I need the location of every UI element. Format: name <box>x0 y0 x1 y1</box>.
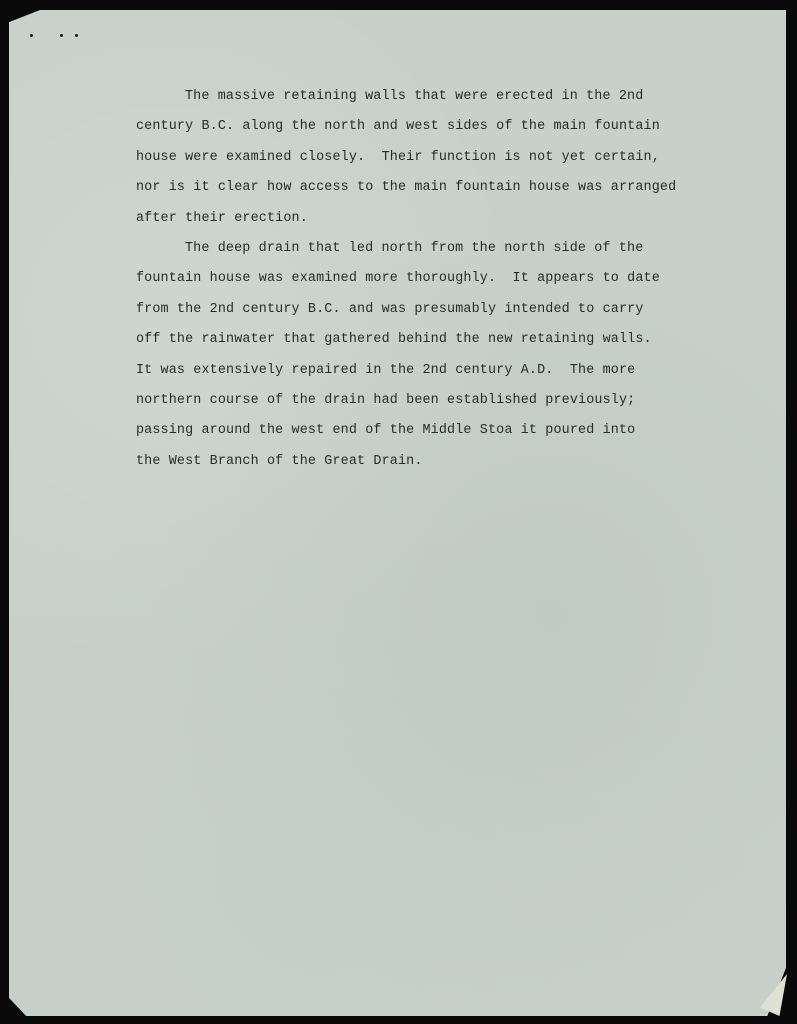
text-line: off the rainwater that gathered behind t… <box>136 325 756 355</box>
punch-mark <box>60 34 63 37</box>
paragraph-deep-drain: The deep drain that led north from the n… <box>136 234 756 477</box>
text-line: house were examined closely. Their funct… <box>136 143 756 173</box>
text-line: the West Branch of the Great Drain. <box>136 447 756 477</box>
text-line: from the 2nd century B.C. and was presum… <box>136 295 756 325</box>
text-line: northern course of the drain had been es… <box>136 386 756 416</box>
text-line: century B.C. along the north and west si… <box>136 112 756 142</box>
text-line: passing around the west end of the Middl… <box>136 416 756 446</box>
text-line: The deep drain that led north from the n… <box>136 234 756 264</box>
text-line: The massive retaining walls that were er… <box>136 82 756 112</box>
text-line: nor is it clear how access to the main f… <box>136 173 756 203</box>
text-line: It was extensively repaired in the 2nd c… <box>136 356 756 386</box>
document-body: The massive retaining walls that were er… <box>136 82 756 477</box>
paragraph-retaining-walls: The massive retaining walls that were er… <box>136 82 756 234</box>
text-line: fountain house was examined more thoroug… <box>136 264 756 294</box>
text-line: after their erection. <box>136 204 756 234</box>
punch-mark <box>30 34 33 37</box>
page-marks <box>30 34 90 40</box>
punch-mark <box>75 34 78 37</box>
